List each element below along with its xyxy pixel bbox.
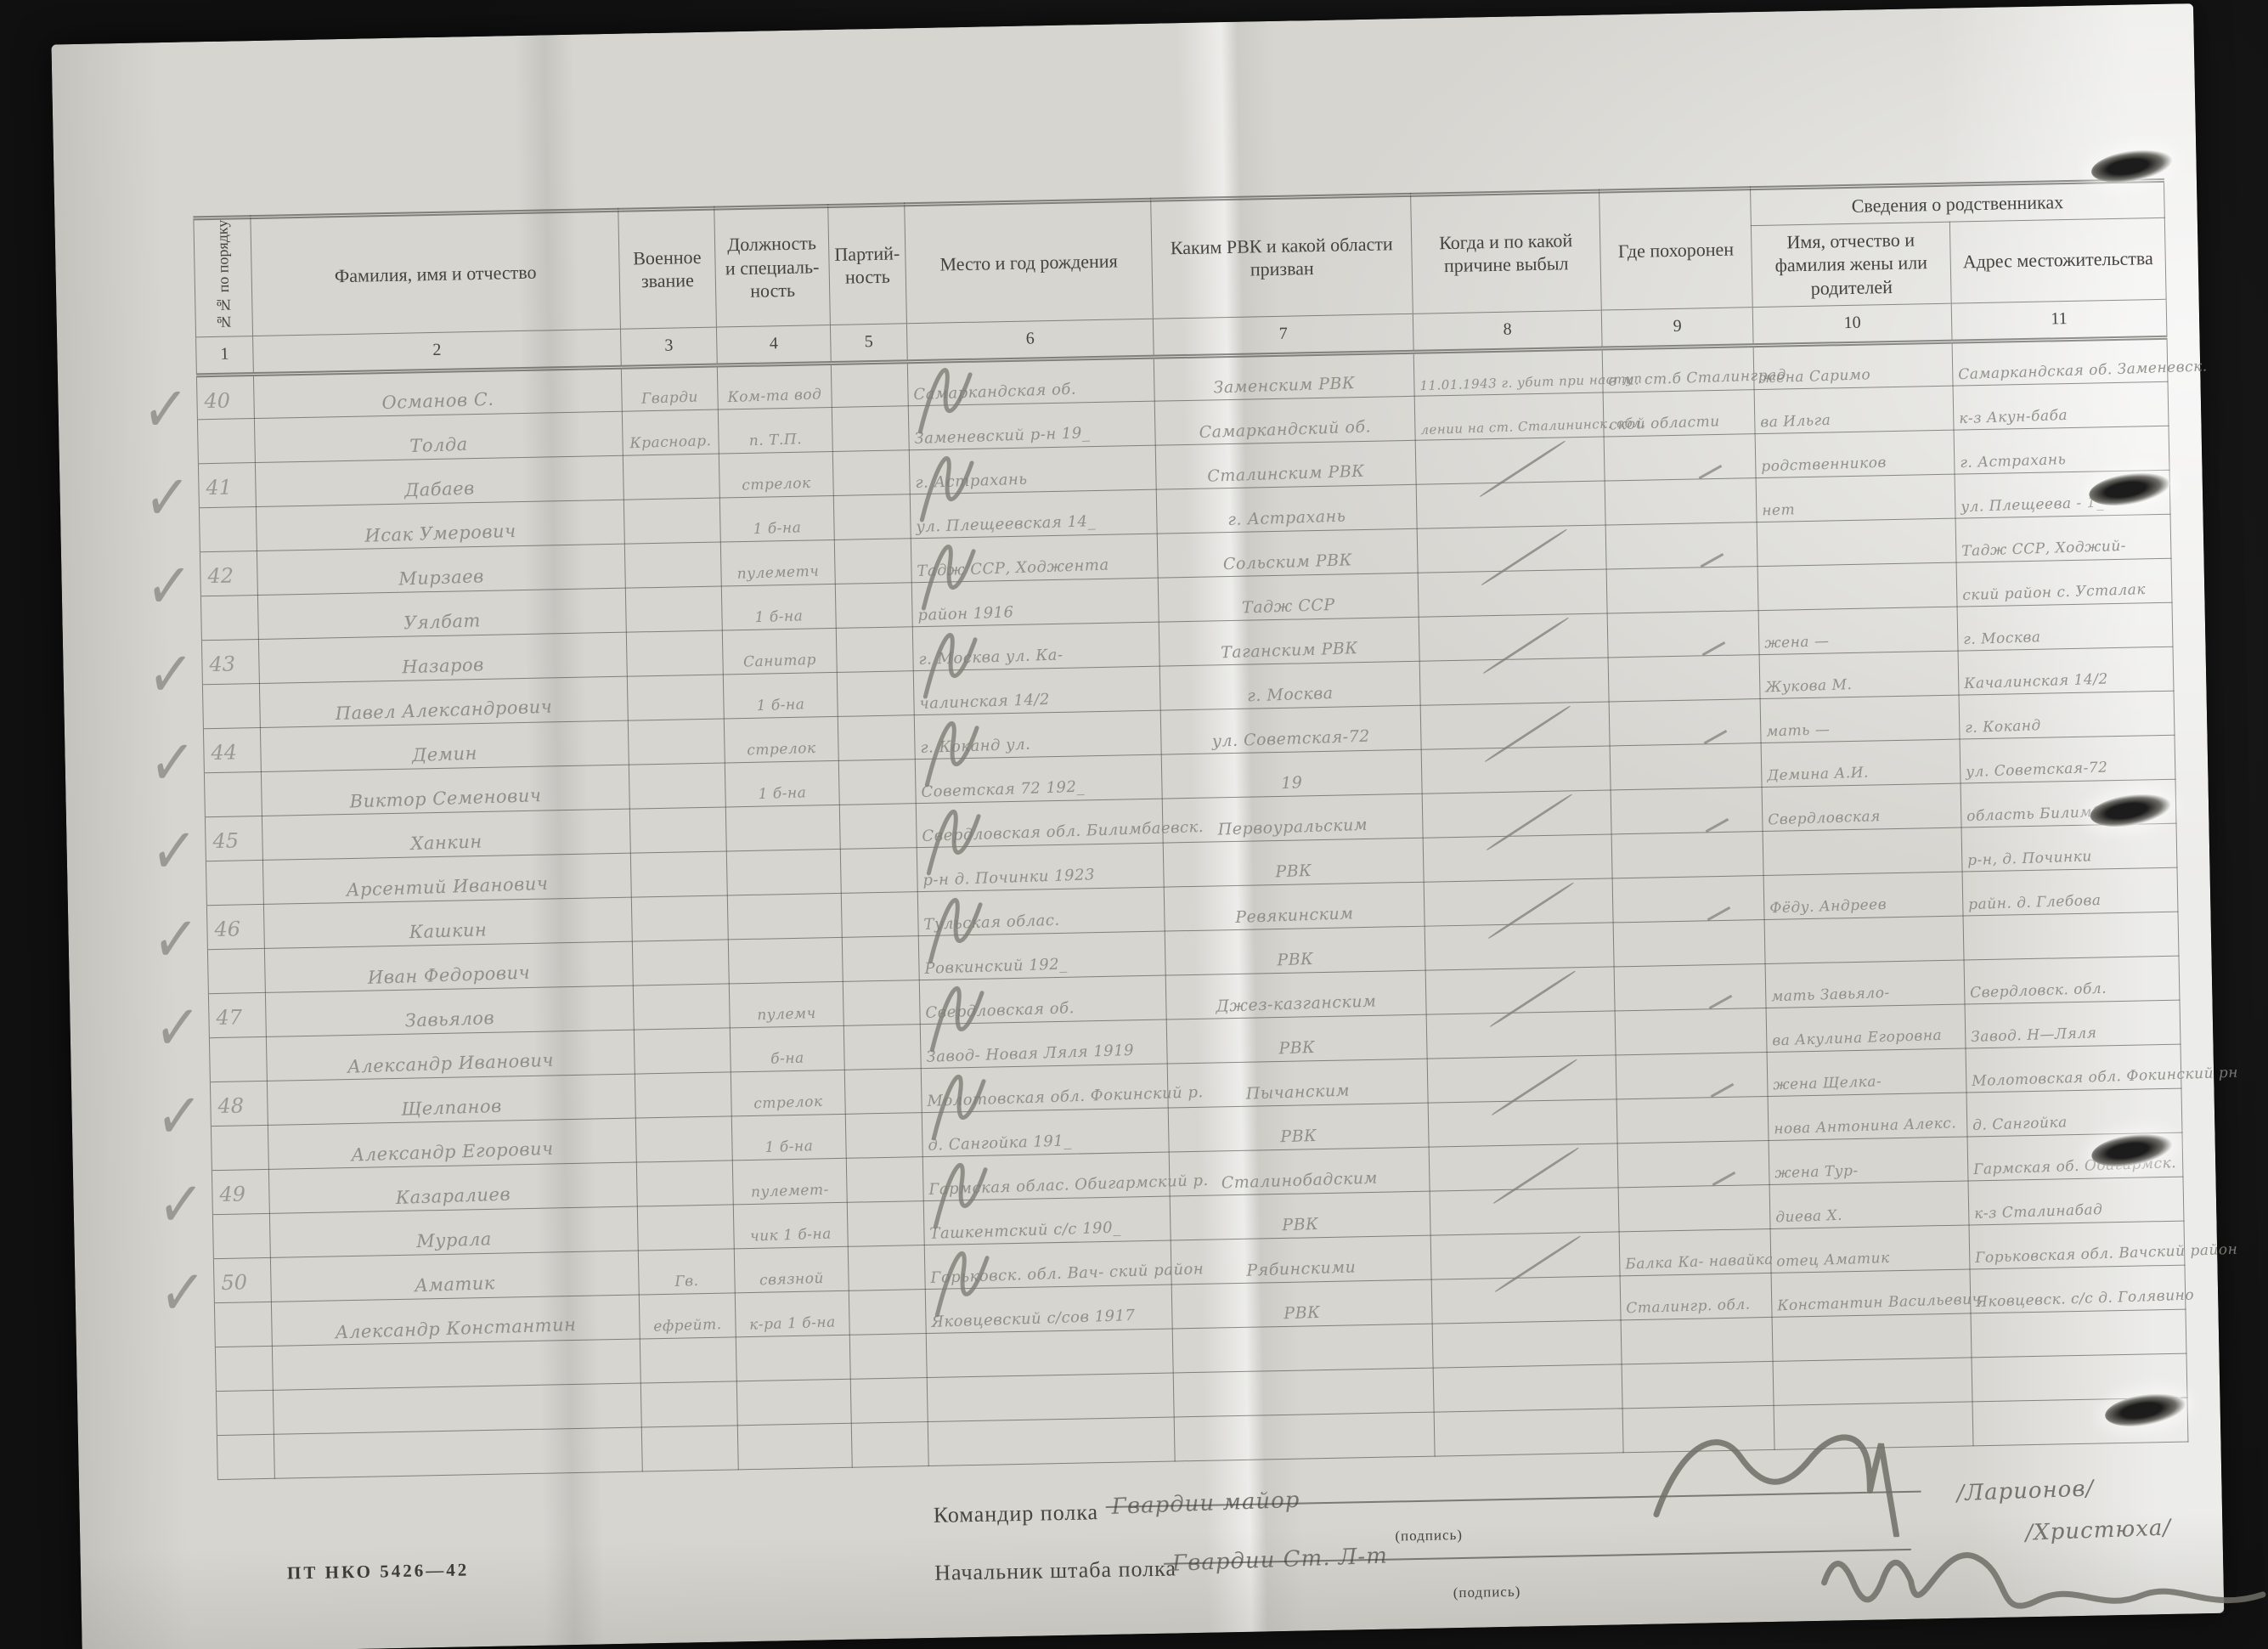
- casualty-roster-table: №№ по порядкуФамилия, имя и отчествоВоен…: [193, 178, 2188, 1480]
- roster-cell: [216, 1390, 274, 1435]
- checkmark-pencil: ✓: [142, 457, 193, 538]
- roster-cell: 50: [213, 1257, 271, 1302]
- roster-cell: Таганским РВК: [1159, 617, 1419, 666]
- roster-cell: [629, 763, 725, 809]
- row-number: 48: [217, 1093, 244, 1118]
- roster-cell: [1427, 1055, 1616, 1103]
- signature-caption: (подпись): [1453, 1584, 1521, 1602]
- roster-cell: [1172, 1324, 1433, 1373]
- roster-cell: Гармская облас. Обигармский р.: [922, 1152, 1170, 1201]
- checkmark-pencil: ✓: [147, 722, 198, 803]
- roster-cell: [632, 940, 729, 985]
- roster-cell: [1425, 923, 1614, 970]
- roster-cell: связной: [734, 1246, 849, 1293]
- column-number-9: 9: [1601, 307, 1753, 347]
- roster-cell: Иван Федорович: [264, 941, 633, 992]
- roster-cell: г. Москва ул. Ка-: [912, 622, 1159, 671]
- roster-cell: жена Щелка-: [1767, 1048, 1966, 1096]
- roster-cell: 11.01.1943 г. убит при наступ: [1413, 348, 1603, 396]
- roster-cell: Свердловская: [1762, 783, 1961, 831]
- roster-cell: [728, 937, 843, 984]
- roster-cell: [832, 449, 910, 495]
- roster-cell: [843, 1024, 921, 1070]
- roster-cell: Первоуральским: [1162, 793, 1423, 843]
- roster-cell: Кашкин: [263, 897, 632, 948]
- column-header-9: Где похоронен: [1599, 189, 1753, 310]
- roster-cell: 1 б-на: [719, 495, 834, 542]
- roster-cell: Самаркандская об.: [907, 357, 1154, 406]
- roster-cell: Качалинская 14/2: [1958, 647, 2174, 695]
- roster-cell: [1434, 1409, 1623, 1456]
- roster-cell: [1428, 1099, 1617, 1147]
- roster-cell: [1773, 1358, 1972, 1405]
- roster-cell: [206, 860, 263, 905]
- roster-cell: Фёду. Андреев: [1763, 872, 1963, 919]
- roster-cell: Джез-казганским: [1165, 970, 1426, 1019]
- roster-cell: к-з Акун-баба: [1953, 381, 2169, 430]
- roster-cell: Заменским РВК: [1154, 352, 1414, 401]
- roster-cell: Демина А.И.: [1761, 739, 1961, 787]
- checkmark-pencil: ✓: [149, 810, 200, 891]
- roster-cell: 1 б-на: [731, 1114, 846, 1161]
- roster-cell: [839, 803, 917, 849]
- roster-cell: [835, 582, 912, 628]
- roster-cell: [928, 1417, 1175, 1466]
- roster-cell: [1606, 566, 1758, 613]
- roster-cell: ул. Советская-72: [1960, 735, 2175, 783]
- roster-cell: [1618, 1184, 1770, 1231]
- roster-cell: Ком-та вод: [717, 363, 832, 409]
- roster-cell: [836, 626, 913, 672]
- roster-cell: 48: [210, 1081, 268, 1126]
- roster-cell: пулемет-: [732, 1158, 847, 1205]
- signature-caption: (подпись): [1395, 1527, 1463, 1545]
- roster-cell: [847, 1200, 924, 1246]
- checkmark-pencil: ✓: [157, 1252, 208, 1333]
- roster-cell: 49: [212, 1169, 269, 1214]
- roster-cell: [635, 1116, 732, 1162]
- row-number: 43: [209, 652, 235, 676]
- column-number-10: 10: [1752, 303, 1952, 345]
- checkmark-pencil: ✓: [144, 545, 195, 626]
- roster-cell: Сольским РВК: [1157, 528, 1418, 578]
- roster-cell: [1432, 1320, 1622, 1368]
- roster-cell: Сталингр. обл.: [1620, 1273, 1772, 1319]
- roster-cell: Горьковск. обл. Вач- ский район: [924, 1240, 1171, 1290]
- roster-cell: [197, 418, 255, 463]
- roster-cell: [1616, 1052, 1768, 1098]
- roster-cell: [1174, 1412, 1435, 1461]
- roster-cell: [927, 1373, 1174, 1422]
- roster-cell: [628, 719, 725, 765]
- roster-cell: пулеметч: [720, 539, 835, 586]
- roster-cell: [833, 494, 911, 539]
- row-number: 45: [212, 828, 239, 853]
- roster-cell: [217, 1434, 274, 1479]
- roster-cell: Демин: [260, 720, 629, 771]
- roster-cell: Павел Александрович: [259, 676, 628, 727]
- roster-cell: Константин Васильевич: [1771, 1269, 1971, 1317]
- roster-cell: Советская 72 192_: [915, 754, 1162, 804]
- roster-cell: 1 б-на: [721, 584, 836, 630]
- column-header-8: Когда и по какой причине выбыл: [1411, 191, 1602, 313]
- roster-cell: район 1916: [911, 578, 1159, 627]
- roster-cell: Свердловск. обл.: [1964, 956, 2180, 1004]
- roster-cell: [842, 935, 919, 981]
- roster-cell: 42: [200, 551, 257, 596]
- column-header-3: Военное звание: [618, 208, 717, 329]
- column-header-6: Место и год рождения: [905, 200, 1154, 323]
- roster-cell: [1963, 912, 2179, 960]
- roster-cell: [837, 670, 914, 716]
- roster-cell: Александр Иванович: [266, 1030, 635, 1081]
- column-number-5: 5: [830, 323, 907, 363]
- roster-cell: ской области: [1603, 389, 1755, 436]
- row-number: 42: [207, 563, 234, 588]
- roster-cell: [212, 1213, 270, 1258]
- roster-cell: Самаркандский об.: [1154, 396, 1415, 445]
- scan-canvas: №№ по порядкуФамилия, имя и отчествоВоен…: [0, 0, 2268, 1649]
- roster-cell: [838, 714, 915, 760]
- roster-cell: Молотовская обл. Фокинский р.: [921, 1064, 1168, 1113]
- roster-cell: [640, 1381, 737, 1427]
- roster-cell: [1605, 522, 1757, 568]
- chief-signature-scribble: [1813, 1503, 2268, 1639]
- roster-cell: [1173, 1368, 1434, 1417]
- roster-cell: [1424, 878, 1613, 926]
- roster-cell: Яковцевск. с/с д. Голявино: [1970, 1265, 2186, 1313]
- roster-cell: [838, 759, 916, 805]
- roster-cell: Ханкин: [262, 809, 630, 860]
- column-number-6: 6: [906, 319, 1154, 362]
- roster-cell: Назаров: [258, 632, 627, 683]
- roster-cell: Ревякинским: [1164, 882, 1425, 931]
- roster-cell: [1423, 834, 1612, 882]
- roster-cell: ский район с. Усталак: [1956, 558, 2172, 607]
- roster-cell: [832, 405, 909, 451]
- roster-cell: стрелок: [724, 716, 838, 763]
- column-header-10: Имя, отчество и фамилия жены или родител…: [1751, 222, 1951, 307]
- roster-cell: [200, 595, 258, 640]
- roster-cell: [214, 1302, 272, 1347]
- roster-cell: [630, 851, 727, 897]
- roster-cell: чик 1 б-на: [733, 1202, 848, 1249]
- roster-cell: [636, 1161, 733, 1206]
- roster-cell: [1433, 1364, 1622, 1412]
- roster-cell: Османов С.: [253, 367, 622, 418]
- roster-cell: Жукова М.: [1759, 651, 1959, 698]
- roster-cell: [737, 1423, 852, 1470]
- column-header-2: Фамилия, имя и отчество: [251, 210, 621, 336]
- roster-cell: [850, 1377, 928, 1423]
- roster-cell: [1430, 1232, 1620, 1279]
- roster-cell: ва Акулина Егоровна: [1766, 1004, 1966, 1052]
- roster-cell: [629, 807, 726, 853]
- roster-cell: [1609, 698, 1761, 745]
- roster-cell: [625, 586, 722, 632]
- roster-cell: [626, 630, 723, 676]
- roster-cell: Пычанским: [1167, 1059, 1428, 1108]
- roster-cell: Мирзаев: [257, 544, 625, 595]
- roster-cell: [1757, 518, 1956, 566]
- roster-cell: Уялбат: [257, 588, 626, 639]
- roster-cell: д. Сангойка: [1966, 1088, 2182, 1137]
- roster-cell: Сталинобадским: [1169, 1147, 1430, 1196]
- roster-cell: Санитар: [722, 628, 837, 675]
- row-number: 50: [221, 1270, 247, 1295]
- roster-cell: п. Т.П.: [718, 407, 832, 454]
- roster-cell: [1415, 437, 1605, 484]
- print-code: ПТ НКО 5426—42: [287, 1559, 470, 1584]
- column-number-3: 3: [620, 327, 717, 367]
- roster-cell: стрелок: [731, 1070, 845, 1116]
- checkmark-pencil: ✓: [154, 1076, 205, 1156]
- column-number-4: 4: [716, 325, 831, 365]
- roster-cell: [1610, 743, 1762, 789]
- roster-cell: [1613, 919, 1765, 966]
- roster-cell: [926, 1329, 1173, 1378]
- roster-cell: [1757, 562, 1957, 610]
- roster-cell: ул. Плещеевская 14_: [910, 489, 1157, 539]
- roster-cell: г. Астрахань: [1156, 484, 1417, 534]
- row-number: 41: [206, 475, 232, 500]
- roster-cell: к-ра 1 б-на: [735, 1290, 849, 1337]
- roster-cell: 46: [206, 904, 264, 949]
- roster-cell: 1 б-на: [723, 672, 838, 719]
- roster-cell: [1417, 525, 1606, 573]
- roster-cell: [202, 683, 260, 728]
- roster-cell: РВК: [1170, 1191, 1430, 1240]
- roster-cell: Исак Умерович: [256, 500, 624, 551]
- roster-cell: [634, 1028, 731, 1074]
- roster-cell: Яковцевский с/сов 1917: [925, 1285, 1172, 1334]
- roster-cell: отец Аматик: [1770, 1225, 1970, 1273]
- roster-cell: [1615, 1008, 1767, 1054]
- roster-cell: б-на: [730, 1025, 844, 1072]
- roster-cell: РВК: [1168, 1103, 1429, 1152]
- roster-cell: РВК: [1163, 838, 1424, 887]
- commander-label: Командир полка: [934, 1499, 1099, 1528]
- roster-cell: [1425, 967, 1615, 1014]
- roster-cell: РВК: [1171, 1279, 1432, 1329]
- roster-cell: [1431, 1276, 1621, 1324]
- roster-cell: [1604, 433, 1756, 480]
- roster-cell: [736, 1335, 850, 1381]
- roster-cell: [736, 1379, 851, 1426]
- roster-cell: [726, 849, 841, 895]
- roster-cell: [834, 538, 911, 584]
- roster-cell: райн. д. Глебова: [1962, 867, 2178, 916]
- roster-cell: 19: [1161, 749, 1422, 799]
- roster-cell: [851, 1421, 928, 1467]
- roster-cell: в м. ст.б Сталинград: [1602, 345, 1754, 392]
- checkmark-pencil: ✓: [140, 369, 191, 449]
- roster-cell: [848, 1245, 925, 1290]
- roster-cell: [831, 361, 908, 407]
- roster-cell: диева Х.: [1769, 1181, 1969, 1228]
- roster-cell: [204, 771, 262, 816]
- checkmark-pencil: ✓: [155, 1164, 206, 1245]
- roster-cell: [1608, 654, 1760, 701]
- roster-cell: пулемч: [729, 981, 843, 1028]
- roster-cell: Молотовская обл. Фокинский рн: [1966, 1044, 2181, 1093]
- roster-cell: [635, 1072, 731, 1118]
- roster-cell: Тадж ССР: [1158, 573, 1419, 622]
- roster-cell: [843, 980, 920, 1025]
- roster-cell: [840, 847, 917, 893]
- roster-cell: Тульская облас.: [917, 887, 1165, 936]
- roster-cell: г. Москва: [1957, 602, 2173, 651]
- roster-cell: [1419, 613, 1608, 661]
- roster-cell: г. Коканд: [1959, 691, 2175, 739]
- document-paper: №№ по порядкуФамилия, имя и отчествоВоен…: [51, 3, 2224, 1649]
- row-number: 46: [214, 917, 240, 941]
- roster-cell: р-н д. Починки 1923: [917, 843, 1164, 892]
- roster-cell: родственников: [1755, 430, 1955, 477]
- column-number-1: 1: [196, 336, 254, 375]
- roster-cell: 43: [201, 639, 259, 684]
- roster-cell: Завод. Н—Ляля: [1965, 1000, 2181, 1048]
- roster-cell: Мурала: [269, 1206, 638, 1257]
- column-header-5: Партий- ность: [828, 205, 907, 325]
- roster-cell: [1611, 787, 1763, 833]
- roster-cell: Завьялов: [265, 985, 634, 1036]
- roster-cell: Щелпанов: [267, 1074, 635, 1125]
- roster-cell: г. Коканд ул.: [914, 710, 1161, 760]
- roster-cell: нет: [1756, 474, 1955, 522]
- roster-cell: [633, 984, 730, 1030]
- roster-cell: р-н, д. Починки: [1961, 823, 2177, 872]
- roster-cell: Заменевский р-н 19_: [908, 401, 1155, 450]
- roster-cell: [841, 891, 918, 937]
- roster-cell: [1617, 1140, 1769, 1187]
- roster-cell: [849, 1289, 926, 1335]
- column-number-11: 11: [1951, 299, 2167, 342]
- roster-cell: Сталинским РВК: [1155, 440, 1416, 489]
- roster-cell: 40: [196, 374, 254, 419]
- roster-cell: Ровкинский 192_: [918, 931, 1165, 980]
- roster-cell: Гв.: [638, 1249, 735, 1295]
- roster-cell: [1421, 746, 1611, 793]
- roster-cell: [211, 1125, 268, 1170]
- roster-cell: Виктор Семенович: [261, 765, 629, 816]
- roster-cell: [1422, 790, 1611, 838]
- roster-cell: [1430, 1188, 1619, 1235]
- roster-cell: стрелок: [719, 451, 833, 498]
- roster-cell: [844, 1068, 922, 1114]
- column-number-8: 8: [1413, 310, 1602, 352]
- roster-cell: [1429, 1144, 1618, 1191]
- roster-cell: [1614, 963, 1766, 1010]
- row-number: 40: [204, 388, 230, 413]
- roster-cell: Дабаев: [255, 455, 623, 506]
- roster-cell: Тадж ССР, Ходжента: [911, 534, 1158, 583]
- roster-cell: [727, 893, 842, 940]
- roster-cell: [1419, 658, 1609, 705]
- roster-cell: [274, 1427, 642, 1478]
- row-number: 49: [219, 1182, 245, 1206]
- roster-cell: [623, 454, 719, 500]
- roster-cell: Свердловская обл. Билимбаевск.: [916, 799, 1163, 848]
- roster-cell: г. Астрахань: [1954, 426, 2169, 474]
- roster-cell: [725, 805, 840, 851]
- roster-cell: [215, 1346, 273, 1391]
- roster-cell: [623, 498, 720, 544]
- roster-cell: [640, 1337, 736, 1383]
- roster-cell: к-з Сталинабад: [1968, 1177, 2184, 1225]
- roster-cell: [1420, 702, 1610, 749]
- roster-cell: нова Антонина Алекс.: [1768, 1093, 1967, 1140]
- column-header-7: Каким РВК и какой области призван: [1151, 195, 1413, 319]
- roster-cell: [272, 1339, 640, 1390]
- roster-cell: [1971, 1309, 2186, 1358]
- roster-cell: г. Москва: [1159, 661, 1420, 710]
- roster-cell: мать —: [1760, 695, 1960, 743]
- roster-cell: [845, 1112, 922, 1158]
- roster-cell: жена Тур-: [1769, 1137, 1968, 1184]
- roster-cell: [1621, 1317, 1773, 1364]
- roster-cell: [631, 895, 728, 941]
- checkmark-pencil: ✓: [152, 987, 203, 1068]
- row-number: 44: [211, 740, 237, 765]
- roster-cell: [209, 1036, 267, 1081]
- roster-cell: [1605, 477, 1757, 524]
- roster-cell: 45: [205, 816, 262, 861]
- roster-cell: Аматик: [270, 1251, 639, 1302]
- roster-cell: Красноар.: [622, 409, 719, 455]
- roster-cell: [207, 948, 265, 993]
- roster-cell: [1772, 1313, 1972, 1361]
- roster-cell: [1611, 831, 1763, 878]
- roster-cell: Гварди: [621, 365, 718, 411]
- roster-cell: ефрейт.: [639, 1293, 736, 1339]
- checkmark-pencil: ✓: [145, 634, 196, 714]
- roster-cell: Арсентий Иванович: [262, 853, 631, 904]
- roster-cell: [637, 1205, 734, 1251]
- roster-cell: Горьковская обл. Вачский район: [1969, 1221, 2185, 1269]
- roster-cell: 44: [203, 727, 261, 772]
- roster-cell: 47: [208, 992, 266, 1037]
- checkmark-pencil: ✓: [150, 899, 201, 980]
- roster-cell: Казаралиев: [268, 1162, 637, 1213]
- roster-cell: [1763, 827, 1962, 875]
- roster-cell: г. Астрахань: [909, 445, 1156, 494]
- roster-cell: РВК: [1166, 1014, 1427, 1064]
- roster-cell: [1418, 569, 1607, 617]
- roster-cell: [1607, 610, 1759, 657]
- roster-cell: Балка Ка- навайка: [1619, 1228, 1771, 1275]
- roster-cell: Рябинскими: [1171, 1235, 1431, 1285]
- roster-cell: [1612, 875, 1764, 922]
- roster-cell: мать Завьяло-: [1765, 960, 1965, 1008]
- roster-cell: [1616, 1096, 1769, 1143]
- column-header-11: Адрес местожительства: [1949, 217, 2166, 303]
- roster-cell: [273, 1383, 641, 1434]
- roster-cell: [624, 542, 721, 588]
- roster-cell: [627, 675, 724, 720]
- roster-cell: [1764, 916, 1964, 963]
- roster-cell: Самаркандская об. Заменевск.: [1952, 337, 2168, 386]
- roster-cell: ва Ильга: [1754, 386, 1954, 433]
- roster-cell: РВК: [1165, 926, 1425, 975]
- roster-cell: д. Сангойка 191_: [922, 1108, 1169, 1157]
- roster-cell: Ташкентский с/с 190_: [923, 1196, 1171, 1245]
- roster-cell: Александр Егорович: [268, 1118, 636, 1169]
- roster-cell: Александр Константин: [271, 1295, 640, 1346]
- column-header-4: Должность и специаль- ность: [714, 206, 831, 327]
- roster-cell: ул. Советская-72: [1160, 705, 1421, 754]
- chief-of-staff-label: Начальник штаба полка: [934, 1556, 1176, 1585]
